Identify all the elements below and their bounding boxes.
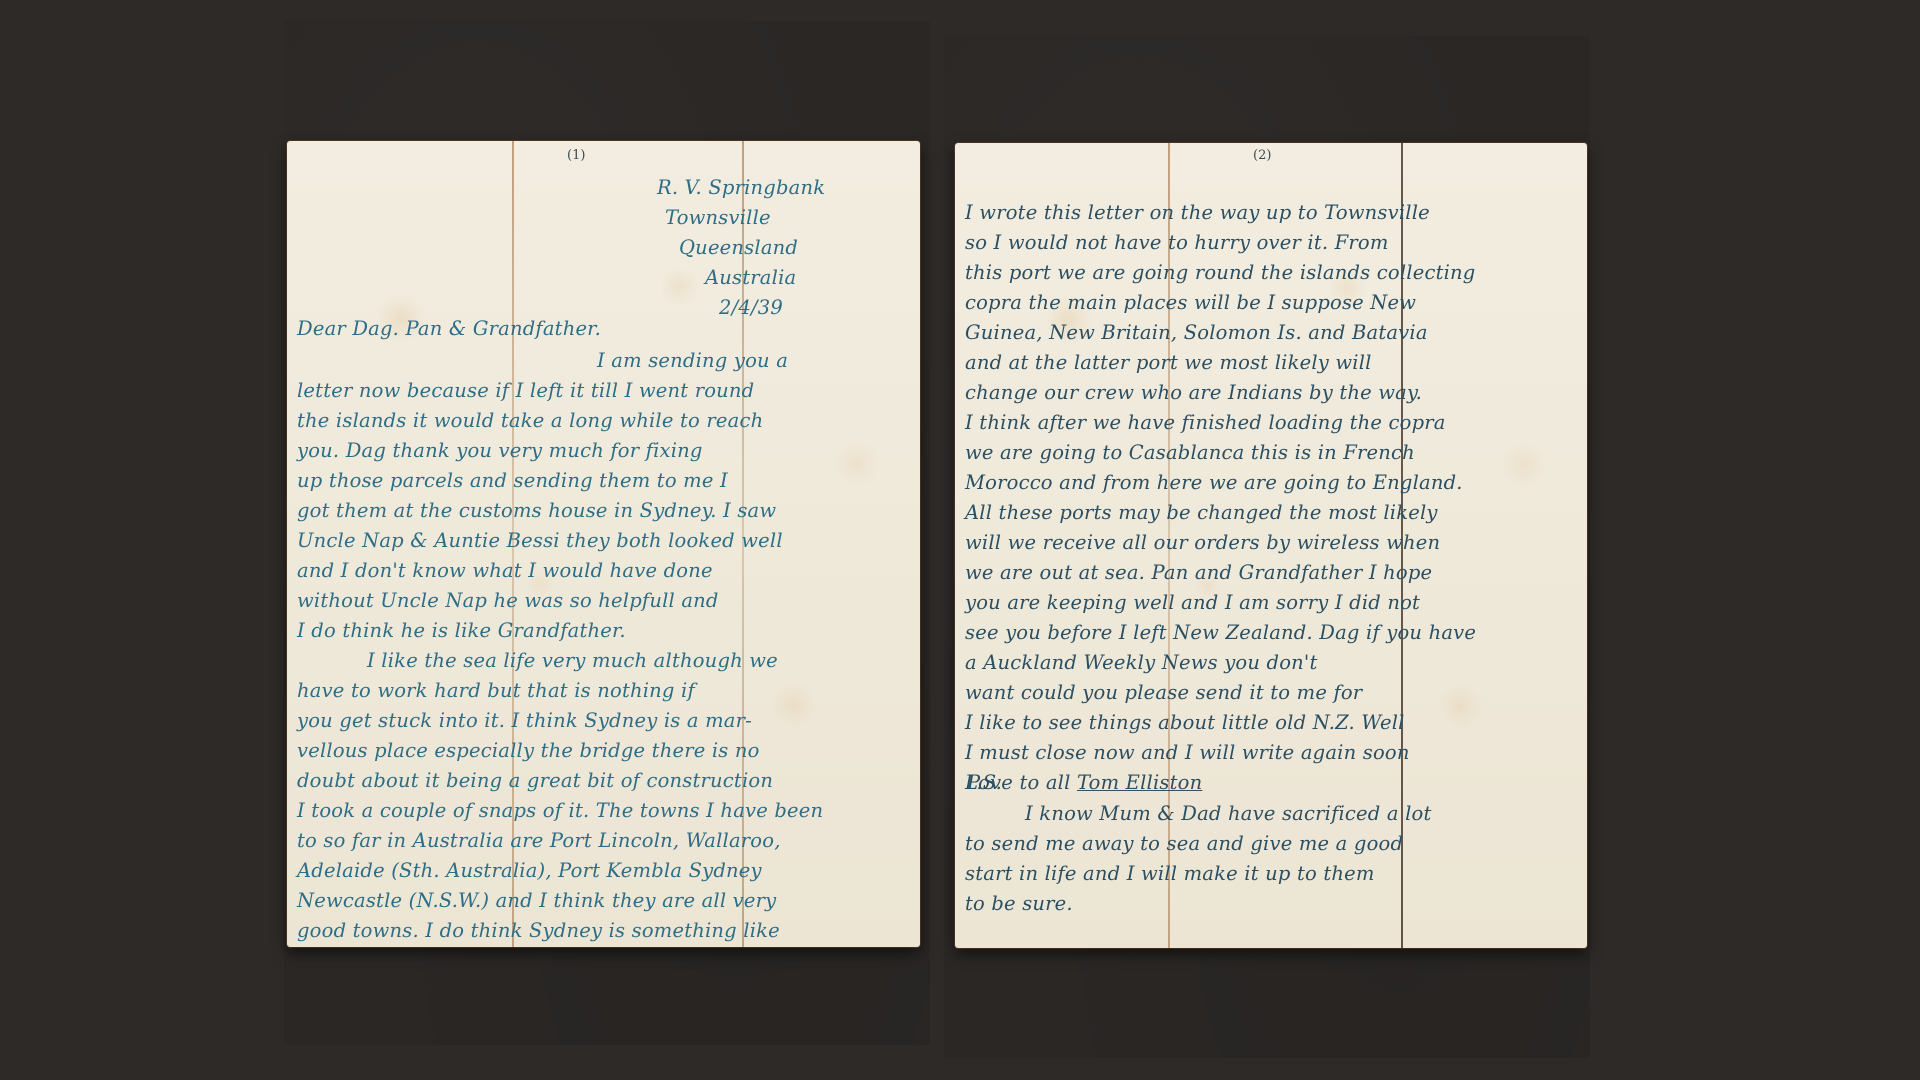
- text-line: to so far in Australia are Port Lincoln,…: [297, 826, 910, 856]
- text-line: copra the main places will be I suppose …: [965, 288, 1579, 318]
- text-line: Uncle Nap & Auntie Bessi they both looke…: [297, 526, 910, 556]
- text-line: I took a couple of snaps of it. The town…: [297, 796, 910, 826]
- text-line: I know Mum & Dad have sacrificed a lot: [965, 799, 1579, 829]
- text-line: All these ports may be changed the most …: [965, 498, 1579, 528]
- text-line: Newcastle (N.S.W.) and I think they are …: [297, 886, 910, 916]
- text-line: Auckland but on a bigger scale don't you: [297, 946, 910, 947]
- text-line: you. Dag thank you very much for fixing: [297, 436, 910, 466]
- text-line: you get stuck into it. I think Sydney is…: [297, 706, 910, 736]
- sign-off: Love to all Tom Elliston: [965, 768, 1579, 798]
- text-line: will we receive all our orders by wirele…: [965, 528, 1579, 558]
- text-line: a Auckland Weekly News you don't: [965, 648, 1579, 678]
- text-line: change our crew who are Indians by the w…: [965, 378, 1579, 408]
- address-line: R. V. Springbank: [657, 173, 825, 203]
- letter-page-2: (2) I wrote this letter on the way up to…: [955, 143, 1587, 948]
- address-line: Australia: [657, 263, 825, 293]
- text-line: you are keeping well and I am sorry I di…: [965, 588, 1579, 618]
- postscript-label: P.S.: [967, 768, 1002, 798]
- text-line: want could you please send it to me for: [965, 678, 1579, 708]
- text-line: got them at the customs house in Sydney.…: [297, 496, 910, 526]
- address-line: Queensland: [657, 233, 825, 263]
- text-line: I do think he is like Grandfather.: [297, 616, 910, 646]
- text-line: I like the sea life very much although w…: [297, 646, 910, 676]
- text-line: see you before I left New Zealand. Dag i…: [965, 618, 1579, 648]
- text-line: without Uncle Nap he was so helpfull and: [297, 586, 910, 616]
- address-line: Townsville: [657, 203, 825, 233]
- text-line: I think after we have finished loading t…: [965, 408, 1579, 438]
- text-line: good towns. I do think Sydney is somethi…: [297, 916, 910, 946]
- text-line: start in life and I will make it up to t…: [965, 859, 1579, 889]
- text-line: so I would not have to hurry over it. Fr…: [965, 228, 1579, 258]
- text-line: to send me away to sea and give me a goo…: [965, 829, 1579, 859]
- text-line: I wrote this letter on the way up to Tow…: [965, 198, 1579, 228]
- text-line: and at the latter port we most likely wi…: [965, 348, 1579, 378]
- text-line: have to work hard but that is nothing if: [297, 676, 910, 706]
- text-line: Guinea, New Britain, Solomon Is. and Bat…: [965, 318, 1579, 348]
- text-line: and I don't know what I would have done: [297, 556, 910, 586]
- salutation: Dear Dag. Pan & Grandfather.: [297, 314, 601, 344]
- text-line: Adelaide (Sth. Australia), Port Kembla S…: [297, 856, 910, 886]
- text-line: we are out at sea. Pan and Grandfather I…: [965, 558, 1579, 588]
- text-line: letter now because if I left it till I w…: [297, 376, 910, 406]
- signature: Tom Elliston: [1077, 771, 1202, 794]
- page-number: (1): [567, 148, 585, 163]
- text-line: we are going to Casablanca this is in Fr…: [965, 438, 1579, 468]
- postscript-body: I know Mum & Dad have sacrificed a lot t…: [965, 799, 1579, 919]
- sender-address: R. V. Springbank Townsville Queensland A…: [657, 173, 825, 323]
- text-line: to be sure.: [965, 889, 1579, 919]
- text-line: the islands it would take a long while t…: [297, 406, 910, 436]
- text-line: Morocco and from here we are going to En…: [965, 468, 1579, 498]
- letter-page-1: (1) R. V. Springbank Townsville Queensla…: [287, 141, 920, 947]
- letter-date: 2/4/39: [657, 293, 825, 323]
- text-line: up those parcels and sending them to me …: [297, 466, 910, 496]
- letter-body: I wrote this letter on the way up to Tow…: [965, 198, 1579, 798]
- text-line: doubt about it being a great bit of cons…: [297, 766, 910, 796]
- text-line: I must close now and I will write again …: [965, 738, 1579, 768]
- text-line: vellous place especially the bridge ther…: [297, 736, 910, 766]
- text-line: I like to see things about little old N.…: [965, 708, 1579, 738]
- page-number: (2): [1253, 148, 1271, 163]
- text-line: I am sending you a: [297, 346, 910, 376]
- text-line: this port we are going round the islands…: [965, 258, 1579, 288]
- letter-body: I am sending you a letter now because if…: [297, 346, 910, 947]
